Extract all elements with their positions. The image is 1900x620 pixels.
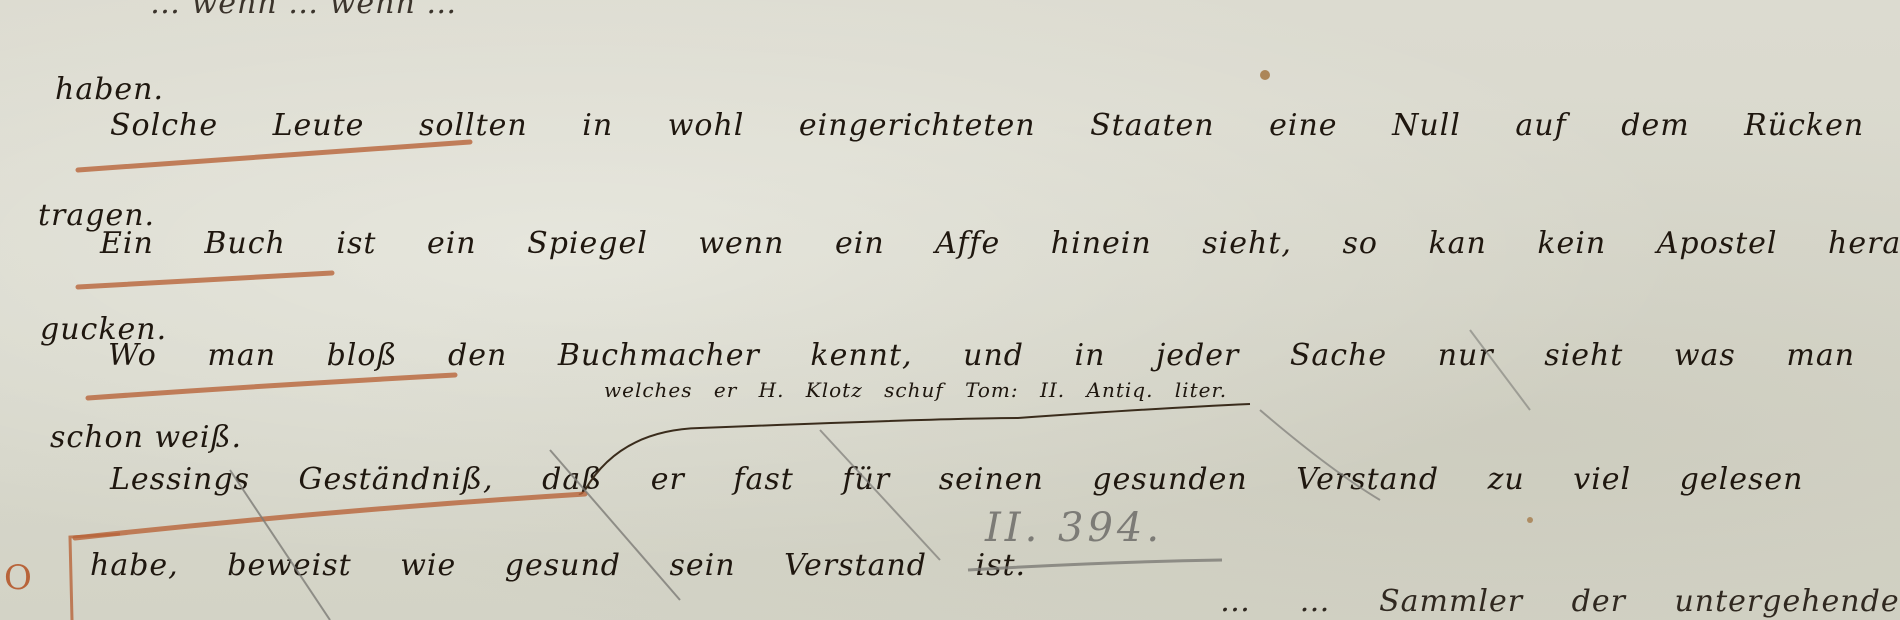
red-underline-solche-leute bbox=[78, 142, 470, 170]
ink-spot bbox=[1260, 70, 1270, 80]
red-margin-bracket bbox=[70, 534, 120, 620]
pencil-stroke-2 bbox=[550, 450, 680, 600]
red-underline-wo-man bbox=[88, 375, 455, 398]
annotation-strokes bbox=[0, 0, 1900, 620]
pencil-stroke-3 bbox=[820, 430, 940, 560]
pencil-stroke-1 bbox=[230, 470, 330, 620]
red-underline-ein-buch bbox=[78, 273, 332, 287]
ink-spot-2 bbox=[1527, 517, 1533, 523]
pencil-stroke-5 bbox=[1470, 330, 1530, 410]
pencil-underline-reference bbox=[968, 560, 1222, 570]
red-underline-lessings bbox=[75, 494, 585, 538]
pencil-stroke-4 bbox=[1260, 410, 1380, 500]
ink-insertion-line bbox=[585, 404, 1250, 490]
manuscript-page: … wenn … wenn … haben. Solche Leute soll… bbox=[0, 0, 1900, 620]
